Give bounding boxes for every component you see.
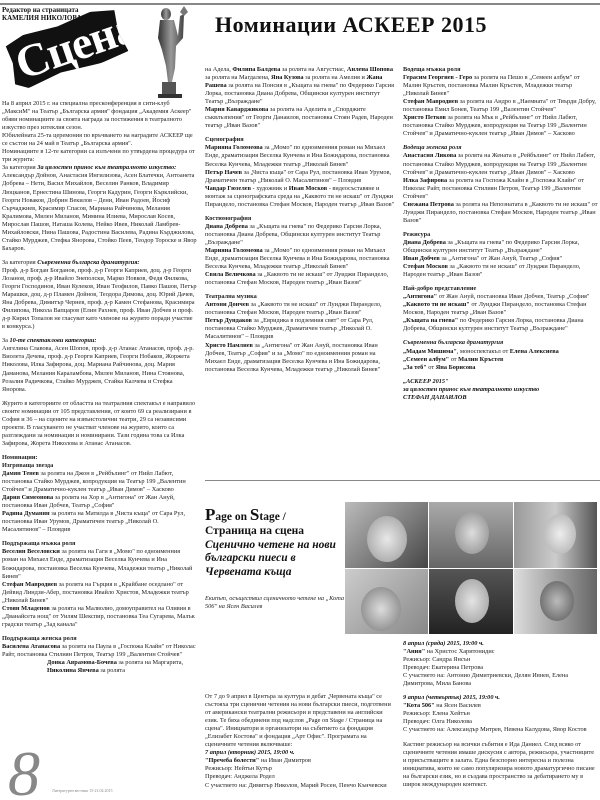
nominee: Донка Аврамова-Бочева за ролята на Марга… xyxy=(2,659,197,675)
event-date: 9 април (четвъртък) 2015, 19:00 ч. xyxy=(403,694,598,702)
column-2: на Адела, Филипа Балдева за ролята на Ав… xyxy=(205,66,395,374)
top-rule xyxy=(0,3,600,5)
page-number: 8 xyxy=(8,742,40,800)
nominee: Христо Намлиев за „Антигона" от Жан Ануй… xyxy=(205,342,395,374)
nominee: „Каквото ти не искаш" от Луиджи Пирандел… xyxy=(403,301,598,317)
best-show-heading: Най-добро представление xyxy=(403,285,598,293)
event-director: Режисьор: Нейтън Кутър xyxy=(205,765,395,773)
page-title: Номинации АСКЕЕР 2015 xyxy=(215,11,487,39)
nominee: Христо Петков за ролята на Мък в „Рейбъл… xyxy=(403,114,598,138)
team-photo-grid xyxy=(345,502,597,634)
music-heading: Театрална музика xyxy=(205,293,395,301)
nominee: Василена Атанасова за ролята на Паула в … xyxy=(2,643,197,659)
category-performance: За 10-те спектаклови категории:Ангелина … xyxy=(2,337,197,393)
event-date: 7 април (вторник) 2015, 19:00 ч. xyxy=(205,749,395,757)
nominee: Диана Добрева за „Къщата на гнева" по Фе… xyxy=(205,223,395,247)
nominee: Мария Каварджикова за ролята на Аделита … xyxy=(205,106,395,130)
event-cast: С участието на: Антонио Димитриевски, Де… xyxy=(403,672,598,688)
event-director: Режисьор: Сандра Янсън xyxy=(403,656,598,664)
team-photo xyxy=(514,569,597,635)
nominee: Стефан Москов за „Каквото ти не искаш" о… xyxy=(403,263,598,279)
directing-heading: Режисура xyxy=(403,231,598,239)
editor-label: Редактор на страницата xyxy=(2,6,82,14)
page-on-stage-bg-title: Страница на сцена xyxy=(205,525,345,539)
category-drama: За категория Съвременна българска драмат… xyxy=(2,259,197,331)
nominations-heading: Номинации: xyxy=(2,454,197,462)
nominee: Герасим Георгиев - Геро за ролята на Пеш… xyxy=(403,74,598,98)
lead-male-heading: Водеща мъжка роля xyxy=(403,66,598,74)
nominee: Диана Добрева за „Къщата на гнева" по Фе… xyxy=(403,239,598,255)
nominee: „Семеен албум" от Малин Кръстев xyxy=(403,356,598,364)
nominee: Стефан Мавродиев за ролята на Гърция в „… xyxy=(2,581,197,605)
team-photo xyxy=(514,502,597,568)
nominee: Илка Зафирова за ролята на Госпожа Клайн… xyxy=(403,177,598,201)
nominee: Марияна Голомеова за „Момо" по едноименн… xyxy=(205,144,395,168)
column-3: Водеща мъжка роля Герасим Георгиев - Гер… xyxy=(403,66,598,402)
scenography-heading: Сценография xyxy=(205,136,395,144)
award-title: „АСКЕЕР 2015" xyxy=(403,378,598,386)
section-divider xyxy=(205,480,600,481)
nominee: Анастасия Ликова за ролята на Жената в „… xyxy=(403,152,598,176)
page-on-stage-title: Page on Stage / Страница на сцена Сценич… xyxy=(205,505,345,579)
nominee: Стоян Младенов за ролята на Малволио, до… xyxy=(2,605,197,629)
nominee: Дария Симеонова за ролята на Хор в „Анти… xyxy=(2,494,197,510)
nominee: Свила Величкова за „Каквото ти не искаш"… xyxy=(205,271,395,287)
event-translator: Преводач: Олга Николова xyxy=(403,718,598,726)
team-photo xyxy=(345,502,428,568)
category-lifetime: За категория За цялостен принос към теат… xyxy=(2,164,197,253)
team-photo xyxy=(429,502,512,568)
nominee: „Мадам Мишима", моноспектакъл от Елена А… xyxy=(403,348,598,356)
event-play: "Пречеба болести" на Иван Димитров xyxy=(205,757,395,765)
nominee: Стефан Мавродиев за ролята на Андро в „Н… xyxy=(403,98,598,114)
article-intro: От 7 до 9 април в Центъра за култура и д… xyxy=(205,693,395,749)
event-director: Режисьор: Елена Хейтън xyxy=(403,710,598,718)
event-play: "Ания" на Христос Харитонидис xyxy=(403,648,598,656)
nominee: „За теб" от Яна Борисова xyxy=(403,364,598,372)
event-play: "Кота 506" на Ясен Василев xyxy=(403,702,598,710)
nominee: Марияна Голомеова за „Момо" по едноименн… xyxy=(205,247,395,271)
column-1: На 8 април 2015 г. на специална пресконф… xyxy=(2,100,197,675)
supporting-male-heading: Поддържаща мъжка роля xyxy=(2,540,197,548)
event-cast: С участието на: Димитър Николов, Марий Р… xyxy=(205,782,395,790)
photo-caption: Екипът, осъществил сценичното четене на … xyxy=(205,595,345,611)
nominee: Антони Дончев за „Каквото ти не искаш" о… xyxy=(205,301,395,317)
nominee: Петър Дундаков за „Евридика в подземния … xyxy=(205,317,395,341)
nominee: Петър Начев за „Чиста къща" от Сара Рул,… xyxy=(205,169,395,185)
page-on-stage-subtitle: Сценично четене на нови български пиеси … xyxy=(205,539,345,580)
article-closing: Кастинг режисьор на всички събития е Ида… xyxy=(403,741,598,789)
askeer-statue-icon xyxy=(150,6,194,98)
intro-paragraph: На 8 април 2015 г. на специална пресконф… xyxy=(2,100,197,132)
award-subtitle: за цялостен принос към театралното изкус… xyxy=(403,386,598,394)
nominee: Чавдар Гюзелев - художник и Иван Москов … xyxy=(205,185,395,209)
event-cast: С участието на: Александър Митрев, Невен… xyxy=(403,726,598,734)
ceremony-paragraph: Юбилейната 25-та церемония по връчването… xyxy=(2,132,197,148)
costume-heading: Костюмография xyxy=(205,215,395,223)
nominee: Снежана Петрова за ролята на Непознатата… xyxy=(403,201,598,225)
nominee-continued: на Адела, Филипа Балдева за ролята на Ав… xyxy=(205,66,395,106)
drama-heading: Съвременна българска драматургия xyxy=(403,339,598,347)
print-info: Литературен вестник 15-21.04.2015 xyxy=(52,788,112,793)
editor-name: КАМЕЛИЯ НИКОЛОВА xyxy=(2,14,82,22)
jury-note: Журито в категориите от областта на теат… xyxy=(2,400,197,448)
editor-credit: Редактор на страницата КАМЕЛИЯ НИКОЛОВА xyxy=(2,6,82,22)
nominee: Дамян Тенев за ролята на Джон в „Рейбъли… xyxy=(2,470,197,494)
nominee: Иван Добчев за „Антигона" от Жан Ануй, Т… xyxy=(403,255,598,263)
event-date: 8 април (сряда) 2015, 19:00 ч. xyxy=(403,640,598,648)
lead-female-heading: Водеща женска роля xyxy=(403,144,598,152)
nominee: „Къщата на гнева" по Федерико Гарсия Лор… xyxy=(403,317,598,333)
team-photo xyxy=(345,569,428,635)
nominee: „Антигона" от Жан Ануй, постановка Иван … xyxy=(403,293,598,301)
nominee: Веселин Веселовски за ролята на Гаги в „… xyxy=(2,548,197,580)
team-photo xyxy=(429,569,512,635)
nominee: Радина Думанян за ролята на Матилда в „Ч… xyxy=(2,510,197,534)
jury-paragraph: Номинациите в 12-те категории са излъчен… xyxy=(2,148,197,164)
event-translator: Преводач: Екатерина Петрова xyxy=(403,664,598,672)
rising-star-heading: Изгряваща звезда xyxy=(2,462,197,470)
page-on-stage-body: От 7 до 9 април в Центъра за култура и д… xyxy=(205,693,395,790)
page-on-stage-events: 8 април (сряда) 2015, 19:00 ч. "Ания" на… xyxy=(403,640,598,789)
event-translator: Преводач: Анджела Родел xyxy=(205,773,395,781)
supporting-female-heading: Поддържаща женска роля xyxy=(2,635,197,643)
award-recipient: СТЕФАН ДАНАИЛОВ xyxy=(403,394,598,402)
